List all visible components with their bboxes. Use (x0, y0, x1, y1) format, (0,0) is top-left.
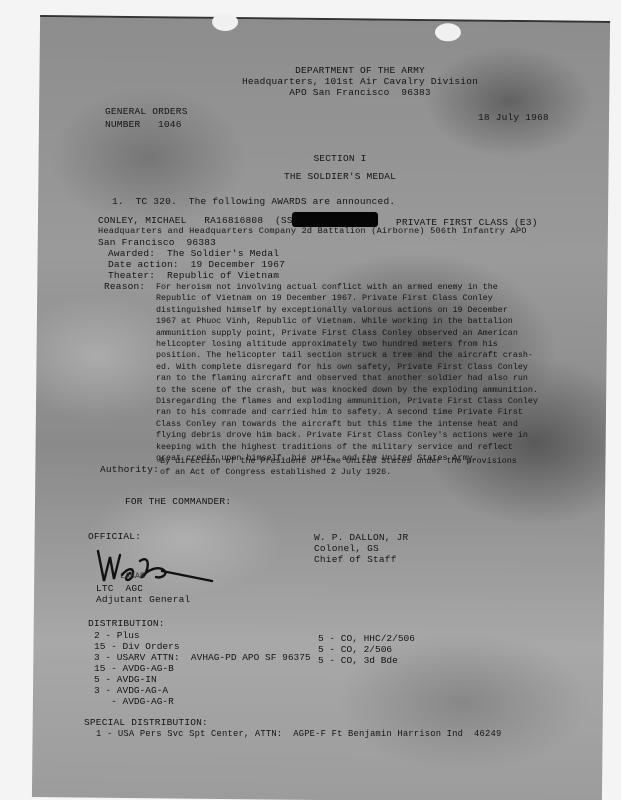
reason-label: Reason: (104, 282, 145, 292)
special-distribution-line: 1 - USA Pers Svc Spt Center, ATTN: AGPE-… (96, 730, 501, 739)
distribution-item: 3 - USARV ATTN: AVHAG-PD APO SF 96375 (94, 652, 311, 663)
distribution-item: 15 - AVDG-AG-B (94, 663, 311, 674)
punch-hole (212, 13, 238, 31)
authority-paragraph: By direction of the President of the Uni… (160, 456, 517, 479)
chief-of-staff-title: Chief of Staff (314, 555, 397, 565)
distribution-item: 2 - Plus (94, 630, 311, 641)
reason-line: helicopter losing altitude approximately… (156, 339, 538, 350)
date-action-line: Date action: 19 December 1967 (108, 260, 285, 270)
reason-line: position. The helicopter tail section st… (156, 350, 538, 361)
awardee-name-line: CONLEY, MICHAEL RA16816808 (SSA (98, 216, 299, 226)
adjutant-name: LABAR (120, 573, 145, 581)
reason-line: to the scene of the crash, but was knock… (156, 385, 538, 396)
reason-line: ammunition supply point, Private First C… (156, 328, 538, 339)
awardee-unit-line-2: San Francisco 96383 (98, 238, 216, 248)
distribution-item: 3 - AVDG-AG-A (94, 685, 311, 696)
reason-line: For heroism not involving actual conflic… (156, 282, 538, 293)
apo-line: APO San Francisco 96383 (200, 88, 520, 98)
authority-label: Authority: (100, 465, 159, 475)
awarded-line: Awarded: The Soldier's Medal (108, 249, 279, 259)
distribution-item: 5 - CO, 3d Bde (318, 655, 415, 666)
intro-paragraph: 1. TC 320. The following AWARDS are anno… (112, 197, 395, 207)
punch-hole (435, 23, 461, 41)
official-label: OFFICIAL: (88, 532, 141, 542)
distribution-item: 5 - AVDG-IN (94, 674, 311, 685)
general-orders-label: GENERAL ORDERS (105, 107, 188, 117)
reason-line: keeping with the highest traditions of t… (156, 442, 538, 453)
reason-line: 1967 at Phuoc Vinh, Republic of Vietnam.… (156, 316, 538, 327)
department-heading: DEPARTMENT OF THE ARMY (200, 66, 520, 76)
order-number: 1046 (158, 120, 182, 130)
chief-of-staff-rank: Colonel, GS (314, 544, 379, 554)
special-distribution-label: SPECIAL DISTRIBUTION: (84, 718, 208, 728)
chief-of-staff-name: W. P. DALLON, JR (314, 533, 408, 543)
reason-line: Disregarding the flames and exploding am… (156, 396, 538, 407)
section-title: SECTION I (240, 154, 440, 164)
for-the-commander: FOR THE COMMANDER: (125, 497, 231, 507)
reason-line: flying debris drove him back. Private Fi… (156, 430, 538, 441)
theater-line: Theater: Republic of Vietnam (108, 271, 279, 281)
redaction-bar (292, 212, 378, 227)
section-subtitle: THE SOLDIER'S MEDAL (240, 172, 440, 182)
distribution-list-right: 5 - CO, HHC/2/5065 - CO, 2/5065 - CO, 3d… (318, 633, 415, 666)
reason-line: Class Conley ran towards the aircraft bu… (156, 419, 538, 430)
adjutant-rank: LTC AGC (96, 584, 143, 594)
reason-line: distinguished himself by exceptionally v… (156, 305, 538, 316)
authority-line: of an Act of Congress established 2 July… (160, 467, 517, 478)
distribution-item: 15 - Div Orders (94, 641, 311, 652)
authority-line: By direction of the President of the Uni… (160, 456, 517, 467)
reason-line: ran to his comrade and carried him to sa… (156, 407, 538, 418)
adjutant-title: Adjutant General (96, 595, 190, 605)
reason-line: ed. With complete disregard for his own … (156, 362, 538, 373)
number-label: NUMBER (105, 120, 140, 130)
distribution-item: - AVDG-AG-R (94, 696, 311, 707)
reason-line: Republic of Vietnam on 19 December 1967.… (156, 293, 538, 304)
distribution-list-left: 2 - Plus15 - Div Orders3 - USARV ATTN: A… (94, 630, 311, 707)
order-date: 18 July 1968 (478, 113, 549, 123)
reason-line: ran to the flaming aircraft and observed… (156, 373, 538, 384)
headquarters-line: Headquarters, 101st Air Cavalry Division (190, 77, 530, 87)
distribution-label: DISTRIBUTION: (88, 619, 165, 629)
reason-paragraph: For heroism not involving actual conflic… (156, 282, 538, 465)
distribution-item: 5 - CO, 2/506 (318, 644, 415, 655)
distribution-item: 5 - CO, HHC/2/506 (318, 633, 415, 644)
awardee-unit-line-1: Headquarters and Headquarters Company 2d… (98, 227, 527, 236)
